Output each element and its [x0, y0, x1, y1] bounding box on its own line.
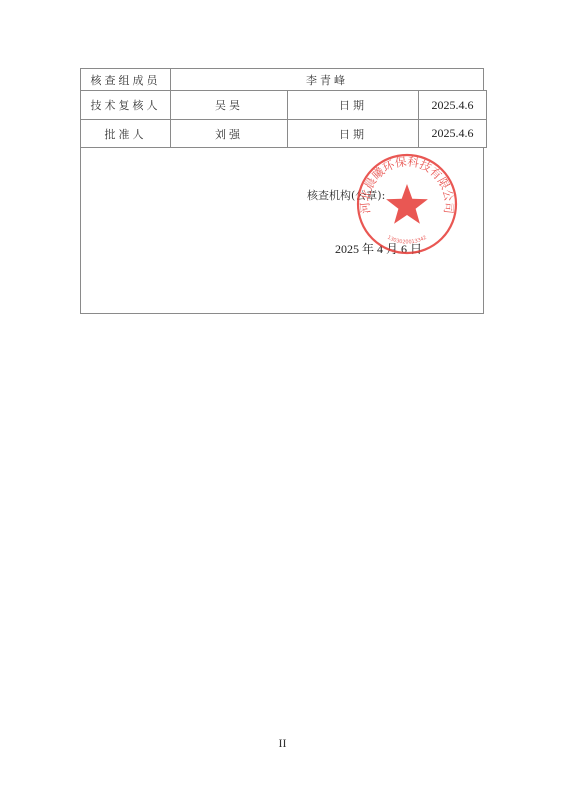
table-border-bottom: [80, 313, 484, 314]
technical-reviewer-label: 技术复核人: [81, 91, 170, 119]
table-border-right: [486, 90, 487, 148]
approver-label: 批准人: [81, 120, 170, 147]
reviewer-date-label: 日期: [288, 91, 418, 119]
table-border-right: [483, 147, 484, 314]
approver-date-value: 2025.4.6: [419, 120, 486, 147]
page-number: II: [0, 736, 565, 751]
technical-reviewer-value: 吴昊: [171, 91, 287, 119]
company-seal: 河北晨曦环保科技有限公司 1303020013342: [355, 152, 459, 256]
table-divider: [80, 147, 486, 148]
seal-serial: 1303020013342: [386, 235, 428, 246]
team-members-label: 核查组成员: [81, 69, 170, 90]
star-icon: [386, 184, 428, 224]
table-border-right: [483, 68, 484, 91]
approver-value: 刘强: [171, 120, 287, 147]
team-members-value: 李青峰: [171, 69, 483, 90]
approver-date-label: 日期: [288, 120, 418, 147]
reviewer-date-value: 2025.4.6: [419, 91, 486, 119]
